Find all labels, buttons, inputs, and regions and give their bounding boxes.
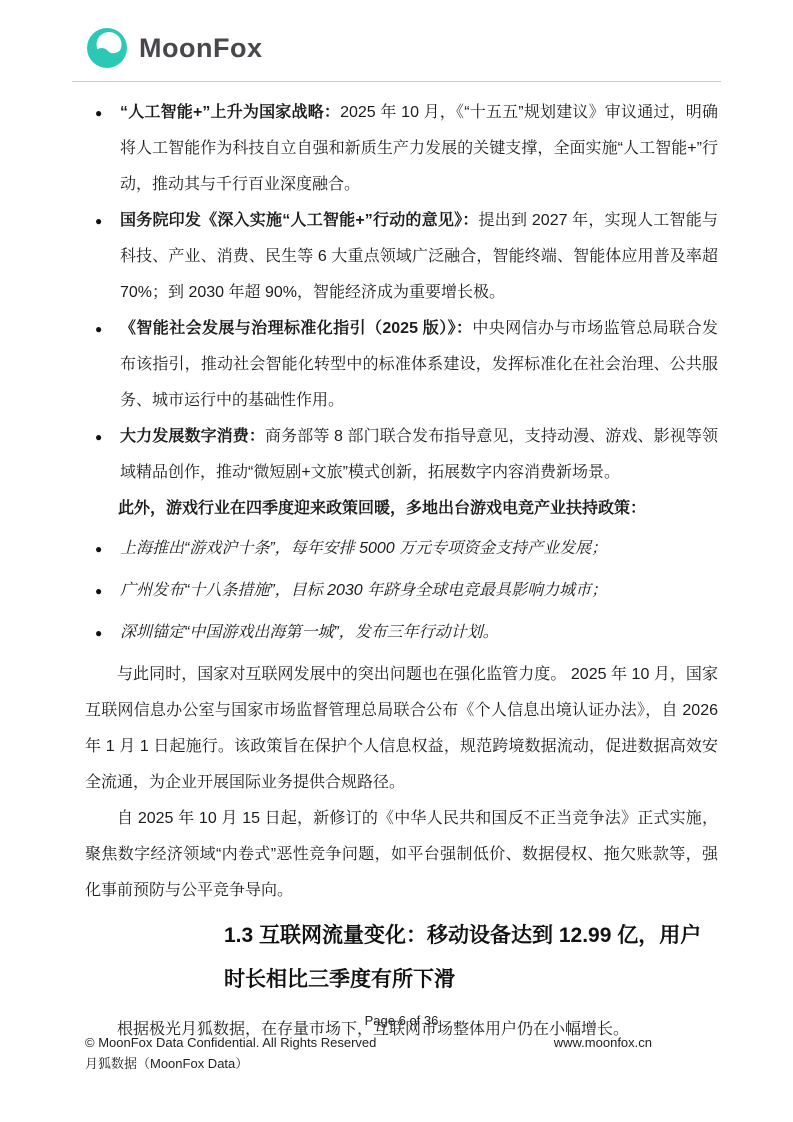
copyright-text: © MoonFox Data Confidential. All Rights … <box>85 1032 376 1053</box>
policy-item-text: 国务院印发《深入实施“人工智能+”行动的意见》：提出到 2027 年，实现人工智… <box>120 203 718 311</box>
list-item: ● 大力发展数字消费：商务部等 8 部门联合发布指导意见，支持动漫、游戏、影视等… <box>85 419 718 491</box>
page-number: Page 6 of 36 <box>85 1010 718 1031</box>
bullet-icon: ● <box>95 311 102 347</box>
section-heading-line: 时长相比三季度有所下滑 <box>224 958 718 1002</box>
policy-item-lead: 《智能社会发展与治理标准化指引（2025 版）》： <box>120 320 472 337</box>
policy-item-text: “人工智能+”上升为国家战略：2025 年 10 月，《“十五五”规划建议》审议… <box>120 95 718 203</box>
header: MoonFox <box>86 27 793 69</box>
bullet-icon: ● <box>95 615 102 651</box>
moonfox-logo-icon <box>86 27 128 69</box>
game-policy-intro: 此外，游戏行业在四季度迎来政策回暖，多地出台游戏电竞产业扶持政策： <box>85 491 718 527</box>
list-item: ● 国务院印发《深入实施“人工智能+”行动的意见》：提出到 2027 年，实现人… <box>85 203 718 311</box>
policy-item-text: 大力发展数字消费：商务部等 8 部门联合发布指导意见，支持动漫、游戏、影视等领域… <box>120 419 718 491</box>
section-heading-line: 1.3 互联网流量变化：移动设备达到 12.99 亿，用户 <box>224 914 718 958</box>
company-name: 月狐数据（MoonFox Data） <box>85 1053 718 1074</box>
page-content: ● “人工智能+”上升为国家战略：2025 年 10 月，《“十五五”规划建议》… <box>85 95 718 1048</box>
bullet-icon: ● <box>95 531 102 567</box>
section-heading-1-3: 1.3 互联网流量变化：移动设备达到 12.99 亿，用户 时长相比三季度有所下… <box>224 914 718 1002</box>
policy-item-text: 《智能社会发展与治理标准化指引（2025 版）》：中央网信办与市场监管总局联合发… <box>120 311 718 419</box>
bullet-icon: ● <box>95 573 102 609</box>
game-policy-item-text: 广州发布“十八条措施”，目标 2030 年跻身全球电竞最具影响力城市； <box>120 573 718 609</box>
list-item: ● 深圳锚定“中国游戏出海第一城”，发布三年行动计划。 <box>85 615 718 651</box>
policy-bullet-list: ● “人工智能+”上升为国家战略：2025 年 10 月，《“十五五”规划建议》… <box>85 95 718 491</box>
bullet-icon: ● <box>95 419 102 455</box>
footer-row: © MoonFox Data Confidential. All Rights … <box>85 1032 718 1053</box>
policy-item-lead: 国务院印发《深入实施“人工智能+”行动的意见》： <box>120 212 479 229</box>
competition-law-paragraph: 自 2025 年 10 月 15 日起，新修订的《中华人民共和国反不正当竞争法》… <box>85 801 718 909</box>
list-item: ● 上海推出“游戏沪十条”，每年安排 5000 万元专项资金支持产业发展； <box>85 531 718 567</box>
page-footer: Page 6 of 36 © MoonFox Data Confidential… <box>85 1010 718 1074</box>
brand-wordmark: MoonFox <box>139 33 262 64</box>
policy-item-lead: 大力发展数字消费： <box>120 428 265 445</box>
game-policy-bullet-list: ● 上海推出“游戏沪十条”，每年安排 5000 万元专项资金支持产业发展； ● … <box>85 531 718 651</box>
header-divider <box>72 81 721 82</box>
regulation-paragraph: 与此同时，国家对互联网发展中的突出问题也在强化监管力度。 2025 年 10 月… <box>85 657 718 801</box>
game-policy-item-text: 深圳锚定“中国游戏出海第一城”，发布三年行动计划。 <box>120 615 718 651</box>
website-link[interactable]: www.moonfox.cn <box>554 1032 652 1053</box>
bullet-icon: ● <box>95 203 102 239</box>
list-item: ● 广州发布“十八条措施”，目标 2030 年跻身全球电竞最具影响力城市； <box>85 573 718 609</box>
policy-item-lead: “人工智能+”上升为国家战略： <box>120 104 340 121</box>
list-item: ● 《智能社会发展与治理标准化指引（2025 版）》：中央网信办与市场监管总局联… <box>85 311 718 419</box>
list-item: ● “人工智能+”上升为国家战略：2025 年 10 月，《“十五五”规划建议》… <box>85 95 718 203</box>
game-policy-item-text: 上海推出“游戏沪十条”，每年安排 5000 万元专项资金支持产业发展； <box>120 531 718 567</box>
report-page: MoonFox ● “人工智能+”上升为国家战略：2025 年 10 月，《“十… <box>0 0 793 1122</box>
bullet-icon: ● <box>95 95 102 131</box>
